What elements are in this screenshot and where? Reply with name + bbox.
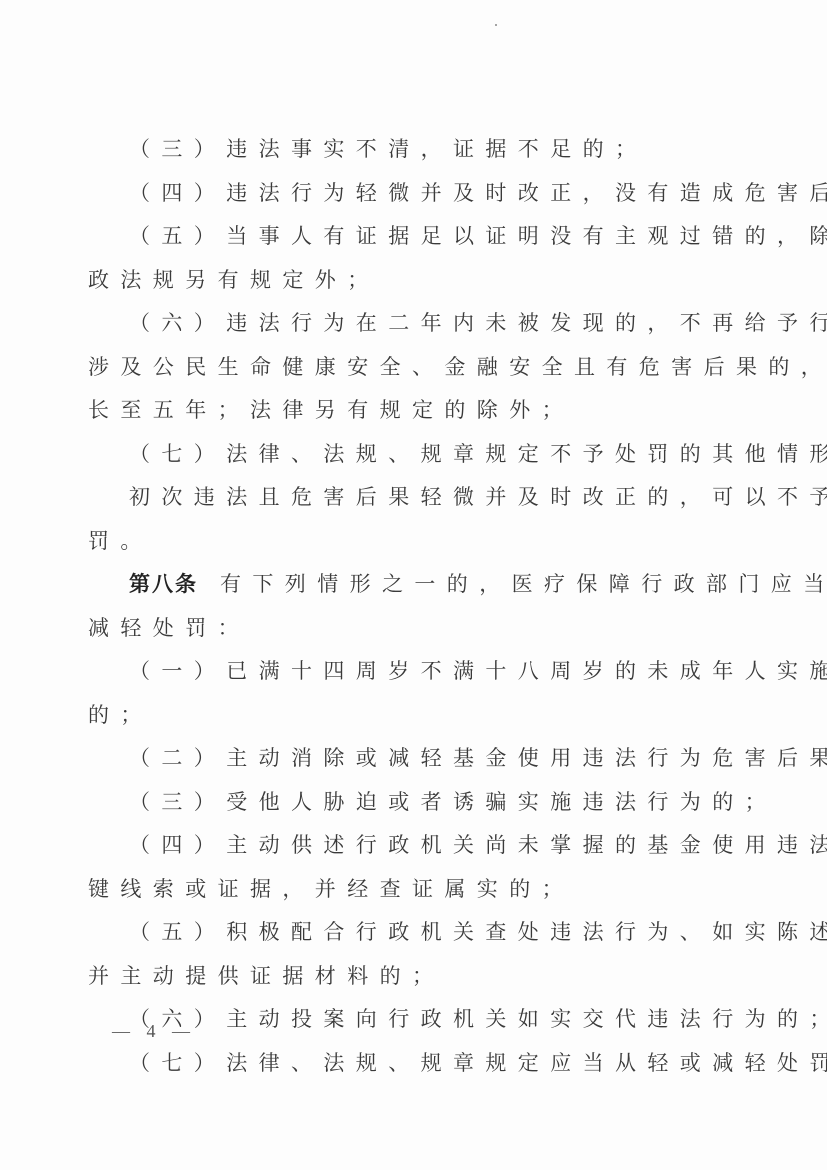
scan-speck (495, 24, 497, 26)
text-line: （一）已满十四周岁不满十八周岁的未成年人实施违法行为 (88, 650, 728, 694)
text-line: 的； (88, 694, 728, 738)
document-page: （三）违法事实不清，证据不足的； （四）违法行为轻微并及时改正，没有造成危害后果… (0, 0, 827, 1170)
text-line: （二）主动消除或减轻基金使用违法行为危害后果的； (88, 737, 728, 781)
text-line: （四）主动供述行政机关尚未掌握的基金使用违法行为的关 (88, 824, 728, 868)
text-line: （七）法律、法规、规章规定不予处罚的其他情形。 (88, 433, 728, 477)
text-line: （三）违法事实不清，证据不足的； (88, 128, 728, 172)
text-line: （五）积极配合行政机关查处违法行为、如实陈述违法事实 (88, 911, 728, 955)
article-heading: 第八条 (129, 572, 198, 596)
text-line: （五）当事人有证据足以证明没有主观过错的，除法律、行 (88, 215, 728, 259)
text-line: 政法规另有规定外； (88, 259, 728, 303)
text-line: （三）受他人胁迫或者诱骗实施违法行为的； (88, 781, 728, 825)
text-line: 键线索或证据，并经查证属实的； (88, 868, 728, 912)
text-line: （六）违法行为在二年内未被发现的，不再给予行政处罚； (88, 302, 728, 346)
document-body: （三）违法事实不清，证据不足的； （四）违法行为轻微并及时改正，没有造成危害后果… (88, 128, 728, 1085)
text-line: 涉及公民生命健康安全、金融安全且有危害后果的，上述期限延 (88, 346, 728, 390)
article-text: 有下列情形之一的，医疗保障行政部门应当从轻或 (220, 572, 827, 596)
text-line: 长至五年；法律另有规定的除外； (88, 389, 728, 433)
text-line: 减轻处罚： (88, 607, 728, 651)
text-line: 并主动提供证据材料的； (88, 955, 728, 999)
text-line: （七）法律、法规、规章规定应当从轻或减轻处罚的其他情 (88, 1042, 728, 1086)
text-line: 罚。 (88, 520, 728, 564)
text-line: 初次违法且危害后果轻微并及时改正的，可以不予行政处 (88, 476, 728, 520)
page-number: — 4 — (112, 1021, 196, 1042)
text-line: （四）违法行为轻微并及时改正，没有造成危害后果的； (88, 172, 728, 216)
article-heading-line: 第八条有下列情形之一的，医疗保障行政部门应当从轻或 (88, 563, 728, 607)
